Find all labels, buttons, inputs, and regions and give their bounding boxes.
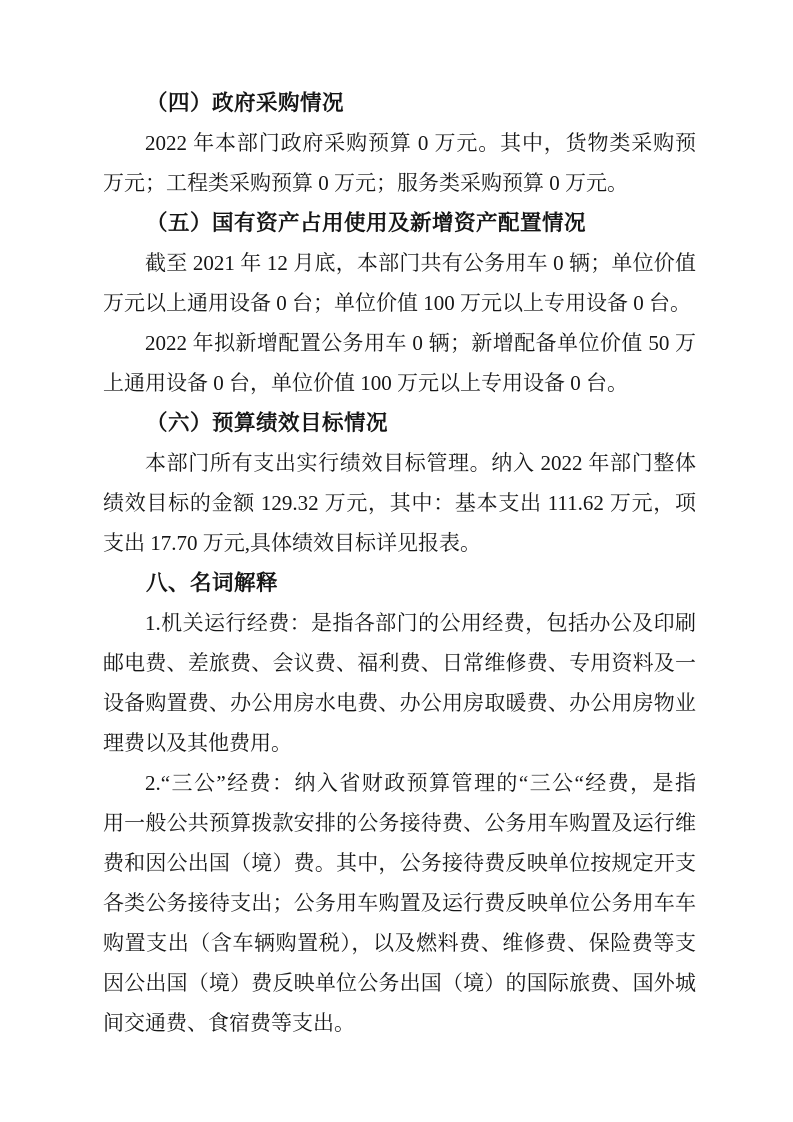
text-line: 因公出国（境）费反映单位公务出国（境）的国际旅费、国外城市 (103, 963, 696, 1003)
document-page: （四）政府采购情况2022 年本部门政府采购预算 0 万元。其中，货物类采购预算… (0, 0, 793, 1122)
text-line: 用一般公共预算拨款安排的公务接待费、公务用车购置及运行维护 (103, 803, 696, 843)
section-heading: （五）国有资产占用使用及新增资产配置情况 (103, 203, 696, 243)
text-line: 理费以及其他费用。 (103, 723, 696, 763)
text-line: 设备购置费、办公用房水电费、办公用房取暖费、办公用房物业管 (103, 683, 696, 723)
text-line: 万元以上通用设备 0 台；单位价值 100 万元以上专用设备 0 台。 (103, 283, 696, 323)
text-line: 截至 2021 年 12 月底，本部门共有公务用车 0 辆；单位价值 50 (103, 243, 696, 283)
text-line: 绩效目标的金额 129.32 万元，其中：基本支出 111.62 万元，项目 (103, 483, 696, 523)
chapter-heading: 八、名词解释 (103, 563, 696, 603)
text-line: 间交通费、食宿费等支出。 (103, 1003, 696, 1043)
text-line: 2.“三公”经费：纳入省财政预算管理的“三公“经费，是指 (103, 763, 696, 803)
text-line: 本部门所有支出实行绩效目标管理。纳入 2022 年部门整体支出 (103, 443, 696, 483)
text-line: 2022 年本部门政府采购预算 0 万元。其中，货物类采购预算 0 (103, 123, 696, 163)
text-line: 万元；工程类采购预算 0 万元；服务类采购预算 0 万元。 (103, 163, 696, 203)
text-line: 购置支出（含车辆购置税），以及燃料费、维修费、保险费等支出； (103, 923, 696, 963)
section-heading: （四）政府采购情况 (103, 83, 696, 123)
section-heading: （六）预算绩效目标情况 (103, 403, 696, 443)
text-line: 支出 17.70 万元,具体绩效目标详见报表。 (103, 523, 696, 563)
text-line: 1.机关运行经费：是指各部门的公用经费，包括办公及印刷费、 (103, 603, 696, 643)
text-line: 2022 年拟新增配置公务用车 0 辆；新增配备单位价值 50 万元以 (103, 323, 696, 363)
text-line: 各类公务接待支出；公务用车购置及运行费反映单位公务用车车辆 (103, 883, 696, 923)
text-line: 邮电费、差旅费、会议费、福利费、日常维修费、专用资料及一般 (103, 643, 696, 683)
text-line: 上通用设备 0 台，单位价值 100 万元以上专用设备 0 台。 (103, 363, 696, 403)
text-line: 费和因公出国（境）费。其中，公务接待费反映单位按规定开支的 (103, 843, 696, 883)
